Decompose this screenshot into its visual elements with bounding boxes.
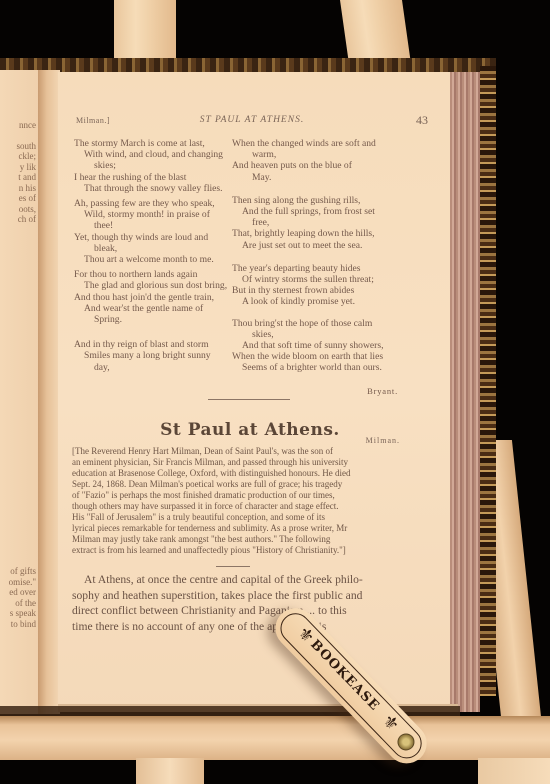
poem-line: I hear the rushing of the blast <box>74 172 234 183</box>
left-page-bottom-fragments: of gifts omise." ed over of the s speak … <box>0 566 36 629</box>
poem-line: skies, <box>232 329 402 340</box>
poem-line: Smiles many a long bright sunny <box>74 350 234 361</box>
poem-column-right: When the changed winds are soft and warm… <box>232 138 402 378</box>
stanza: Ah, passing few are they who speak, Wild… <box>74 198 234 265</box>
left-page-top-fragments: nnce south ckle; y lik t and n his es of… <box>0 120 36 225</box>
stanza: Then sing along the gushing rills, And t… <box>232 195 402 251</box>
poem-line: Spring. <box>74 314 234 325</box>
fragment: nnce <box>0 120 36 131</box>
section-divider-short <box>216 566 250 567</box>
fragment: of the <box>0 598 36 609</box>
fragment: ckle; <box>0 151 36 162</box>
fragment: s speak <box>0 608 36 619</box>
poem-line: When the changed winds are soft and <box>232 138 402 149</box>
fragment: omise." <box>0 577 36 588</box>
poem-line: skies; <box>74 160 234 171</box>
stanza: When the changed winds are soft and warm… <box>232 138 402 183</box>
poem-line: Yet, though thy winds are loud and <box>74 232 234 243</box>
fragment: n his <box>0 183 36 194</box>
fragment: oots, <box>0 204 36 215</box>
book-gutter <box>38 70 60 714</box>
poem-line: And the full springs, from frost set <box>232 206 402 217</box>
poem-line: For thou to northern lands again <box>74 269 234 280</box>
intro-line: Sept. 24, 1868. Dean Milman's poetical w… <box>72 479 400 490</box>
stanza: For thou to northern lands again The gla… <box>74 269 234 325</box>
book-cover-top-edge <box>0 58 496 72</box>
poem-line: The year's departing beauty hides <box>232 263 402 274</box>
fragment: ch of <box>0 214 36 225</box>
poem-line: free, <box>232 217 402 228</box>
poem-line: And heaven puts on the blue of <box>232 160 402 171</box>
poem-line: That, brightly leaping down the hills, <box>232 228 402 239</box>
running-head-title: ST PAUL AT ATHENS. <box>76 115 428 125</box>
poem-line: Seems of a brighter world than ours. <box>232 362 402 373</box>
fragment: t and <box>0 172 36 183</box>
book-cover-gilt-edge <box>480 66 496 696</box>
easel-foot-right <box>478 758 550 784</box>
running-head: Milman.] ST PAUL AT ATHENS. 43 <box>76 114 428 128</box>
fragment: south <box>0 141 36 152</box>
intro-line: an eminent physician, Sir Francis Milman… <box>72 457 400 468</box>
body-line: direct conflict between Christianity and… <box>72 603 402 619</box>
intro-line: education at Brasenose College, Oxford, … <box>72 468 400 479</box>
body-line: sophy and heathen superstition, takes pl… <box>72 588 402 604</box>
page-edges-fore-edge <box>450 72 480 712</box>
poem-line: The glad and glorious sun dost bring, <box>74 280 234 291</box>
poem-line: That through the snowy valley flies. <box>74 183 234 194</box>
stanza: Thou bring'st the hope of those calm ski… <box>232 318 402 374</box>
poem-line: Then sing along the gushing rills, <box>232 195 402 206</box>
poem-column-left: The stormy March is come at last, With w… <box>74 138 234 377</box>
poem-line: And in thy reign of blast and storm <box>74 339 234 350</box>
poem-line: Of wintry storms the sullen threat; <box>232 274 402 285</box>
intro-line: of "Fazio" is perhaps the most finished … <box>72 490 400 501</box>
intro-line: extract is from his learned and unaffect… <box>72 545 400 556</box>
poem-line: day, <box>74 362 234 373</box>
poem-attribution: Bryant. <box>330 386 398 396</box>
poem-line: A look of kindly promise yet. <box>232 296 402 307</box>
poem-line: When the wide bloom on earth that lies <box>232 351 402 362</box>
intro-line: [The Reverend Henry Hart Milman, Dean of… <box>72 446 400 457</box>
poem-line: warm, <box>232 149 402 160</box>
poem-line: Ah, passing few are they who speak, <box>74 198 234 209</box>
fragment: es of <box>0 193 36 204</box>
body-text: At Athens, at once the centre and capita… <box>72 572 402 634</box>
fragment: ed over <box>0 587 36 598</box>
poem-line: And that soft time of sunny showers, <box>232 340 402 351</box>
poem-line: The stormy March is come at last, <box>74 138 234 149</box>
stanza: The year's departing beauty hides Of win… <box>232 263 402 308</box>
fragment: y lik <box>0 162 36 173</box>
poem-line: And wear'st the gentle name of <box>74 303 234 314</box>
poem-line: Thou bring'st the hope of those calm <box>232 318 402 329</box>
section-author: Milman. <box>340 436 400 445</box>
poem-line: Wild, stormy month! in praise of <box>74 209 234 220</box>
stanza: And in thy reign of blast and storm Smil… <box>74 339 234 373</box>
easel-ledge <box>0 716 550 760</box>
intro-line: His "Fall of Jerusalem" is a truly beaut… <box>72 512 400 523</box>
intro-line: lyrical pieces remarkable for tenderness… <box>72 523 400 534</box>
poem-line: bleak, <box>74 243 234 254</box>
fragment: of gifts <box>0 566 36 577</box>
section-divider <box>208 399 290 400</box>
poem-line: But in thy sternest frown abides <box>232 285 402 296</box>
fragment: to bind <box>0 619 36 630</box>
poem-line: And thou hast join'd the gentle train, <box>74 292 234 303</box>
poem-line: Are just set out to meet the sea. <box>232 240 402 251</box>
poem-line: Thou art a welcome month to me. <box>74 254 234 265</box>
poem-line: thee! <box>74 220 234 231</box>
poem-line: With wind, and cloud, and changing <box>74 149 234 160</box>
body-line: time there is no account of any one of t… <box>72 619 402 635</box>
easel-foot-left <box>136 758 204 784</box>
page-number: 43 <box>416 113 428 128</box>
intro-note: [The Reverend Henry Hart Milman, Dean of… <box>72 446 400 556</box>
intro-line: Milman may justly take rank amongst "the… <box>72 534 400 545</box>
intro-line: though others may have surpassed it in f… <box>72 501 400 512</box>
stanza: The stormy March is come at last, With w… <box>74 138 234 194</box>
poem-line: May. <box>232 172 402 183</box>
body-line: At Athens, at once the centre and capita… <box>72 572 402 588</box>
